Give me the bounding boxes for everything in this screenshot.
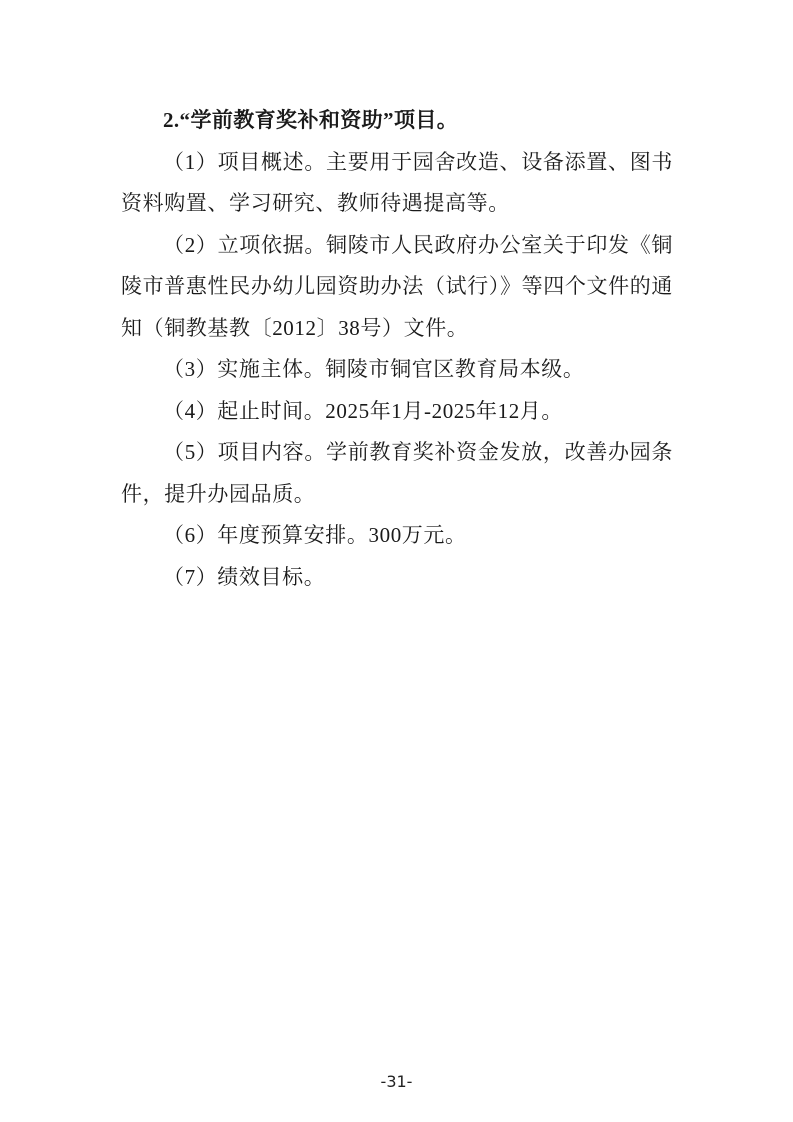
paragraph-period: （4）起止时间。2025年1月-2025年12月。 xyxy=(121,391,673,433)
paragraph-budget: （6）年度预算安排。300万元。 xyxy=(121,515,673,557)
paragraph-basis: （2）立项依据。铜陵市人民政府办公室关于印发《铜陵市普惠性民办幼儿园资助办法（试… xyxy=(121,225,673,350)
paragraph-overview: （1）项目概述。主要用于园舍改造、设备添置、图书资料购置、学习研究、教师待遇提高… xyxy=(121,142,673,225)
document-body: 2.“学前教育奖补和资助”项目。 （1）项目概述。主要用于园舍改造、设备添置、图… xyxy=(121,100,673,598)
paragraph-goals: （7）绩效目标。 xyxy=(121,557,673,599)
paragraph-content: （5）项目内容。学前教育奖补资金发放，改善办园条件，提升办园品质。 xyxy=(121,432,673,515)
page-number: -31- xyxy=(0,1072,793,1091)
section-heading: 2.“学前教育奖补和资助”项目。 xyxy=(121,100,673,142)
paragraph-implementer: （3）实施主体。铜陵市铜官区教育局本级。 xyxy=(121,349,673,391)
